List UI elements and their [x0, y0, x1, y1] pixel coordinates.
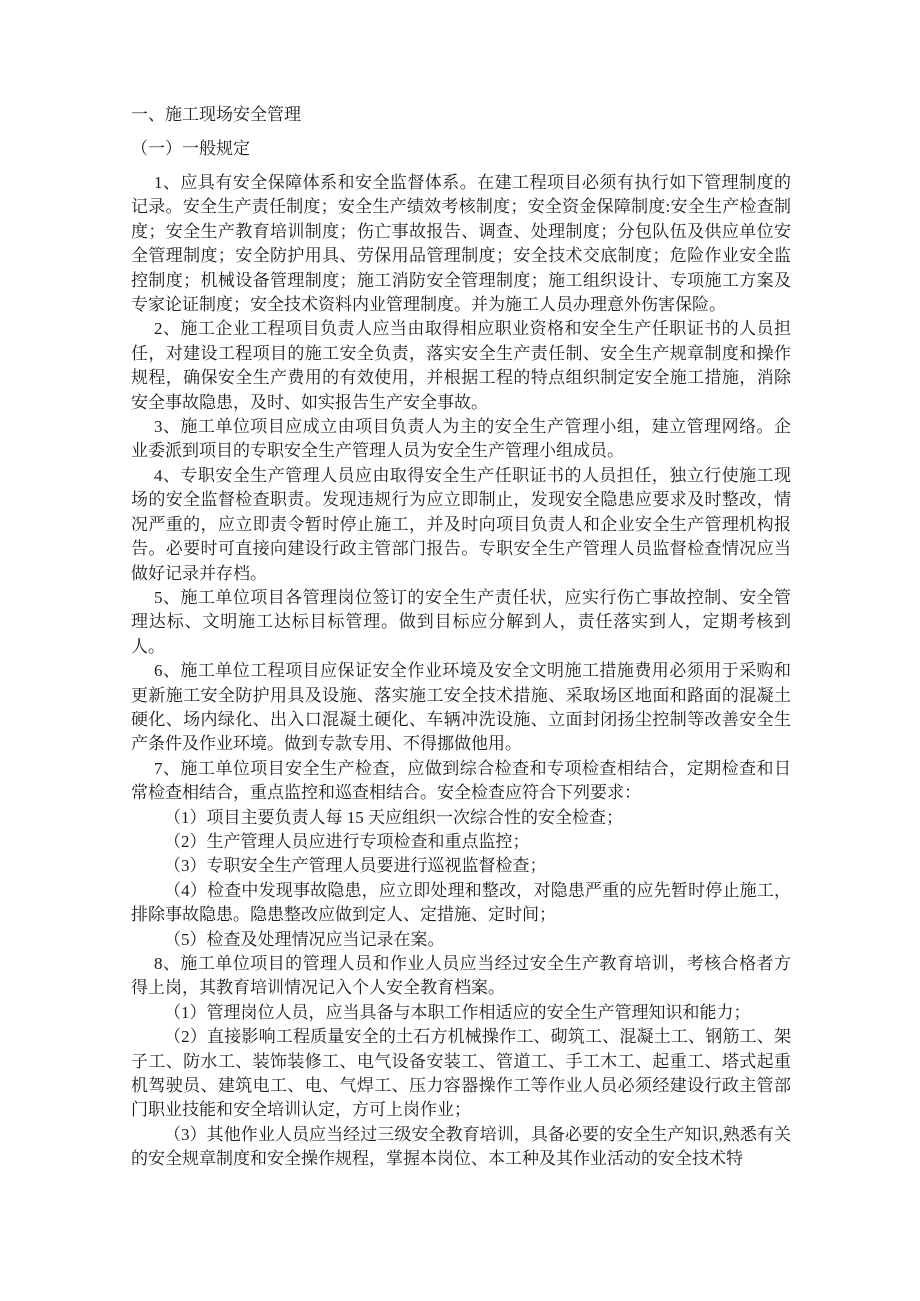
paragraph-list: 1、应具有安全保障体系和安全监督体系。在建工程项目必须有执行如下管理制度的记录。… [131, 171, 791, 1172]
sub-item-paragraph: （4）检查中发现事故隐患，应立即处理和整改，对隐患严重的应先暂时停止施工，排除事… [131, 879, 791, 928]
sub-item-paragraph: （1）管理岗位人员，应当具备与本职工作相适应的安全生产管理知识和能力； [131, 1001, 791, 1025]
numbered-paragraph: 4、专职安全生产管理人员应由取得安全生产任职证书的人员担任，独立行使施工现场的安… [131, 464, 791, 586]
document-page: 一、施工现场安全管理 （一）一般规定 1、应具有安全保障体系和安全监督体系。在建… [0, 0, 920, 1301]
sub-item-paragraph: （3）专职安全生产管理人员要进行巡视监督检查； [131, 854, 791, 878]
document-subheading: （一）一般规定 [131, 137, 791, 161]
numbered-paragraph: 7、施工单位项目安全生产检查，应做到综合检查和专项检查相结合，定期检查和日常检查… [131, 757, 791, 806]
document-heading: 一、施工现场安全管理 [131, 103, 791, 127]
numbered-paragraph: 3、施工单位项目应成立由项目负责人为主的安全生产管理小组，建立管理网络。企业委派… [131, 415, 791, 464]
numbered-paragraph: 2、施工企业工程项目负责人应当由取得相应职业资格和安全生产任职证书的人员担任，对… [131, 317, 791, 415]
numbered-paragraph: 5、施工单位项目各管理岗位签订的安全生产责任状，应实行伤亡事故控制、安全管理达标… [131, 586, 791, 659]
numbered-paragraph: 6、施工单位工程项目应保证安全作业环境及安全文明施工措施费用必须用于采购和更新施… [131, 659, 791, 757]
sub-item-paragraph: （2）直接影响工程质量安全的土石方机械操作工、砌筑工、混凝土工、钢筋工、架子工、… [131, 1025, 791, 1123]
numbered-paragraph: 1、应具有安全保障体系和安全监督体系。在建工程项目必须有执行如下管理制度的记录。… [131, 171, 791, 317]
sub-item-paragraph: （2）生产管理人员应进行专项检查和重点监控； [131, 830, 791, 854]
sub-item-paragraph: （5）检查及处理情况应当记录在案。 [131, 928, 791, 952]
numbered-paragraph: 8、施工单位项目的管理人员和作业人员应当经过安全生产教育培训，考核合格者方得上岗… [131, 952, 791, 1001]
sub-item-paragraph: （1）项目主要负责人每 15 天应组织一次综合性的安全检查； [131, 806, 791, 830]
sub-item-paragraph: （3）其他作业人员应当经过三级安全教育培训，具备必要的安全生产知识,熟悉有关的安… [131, 1123, 791, 1172]
